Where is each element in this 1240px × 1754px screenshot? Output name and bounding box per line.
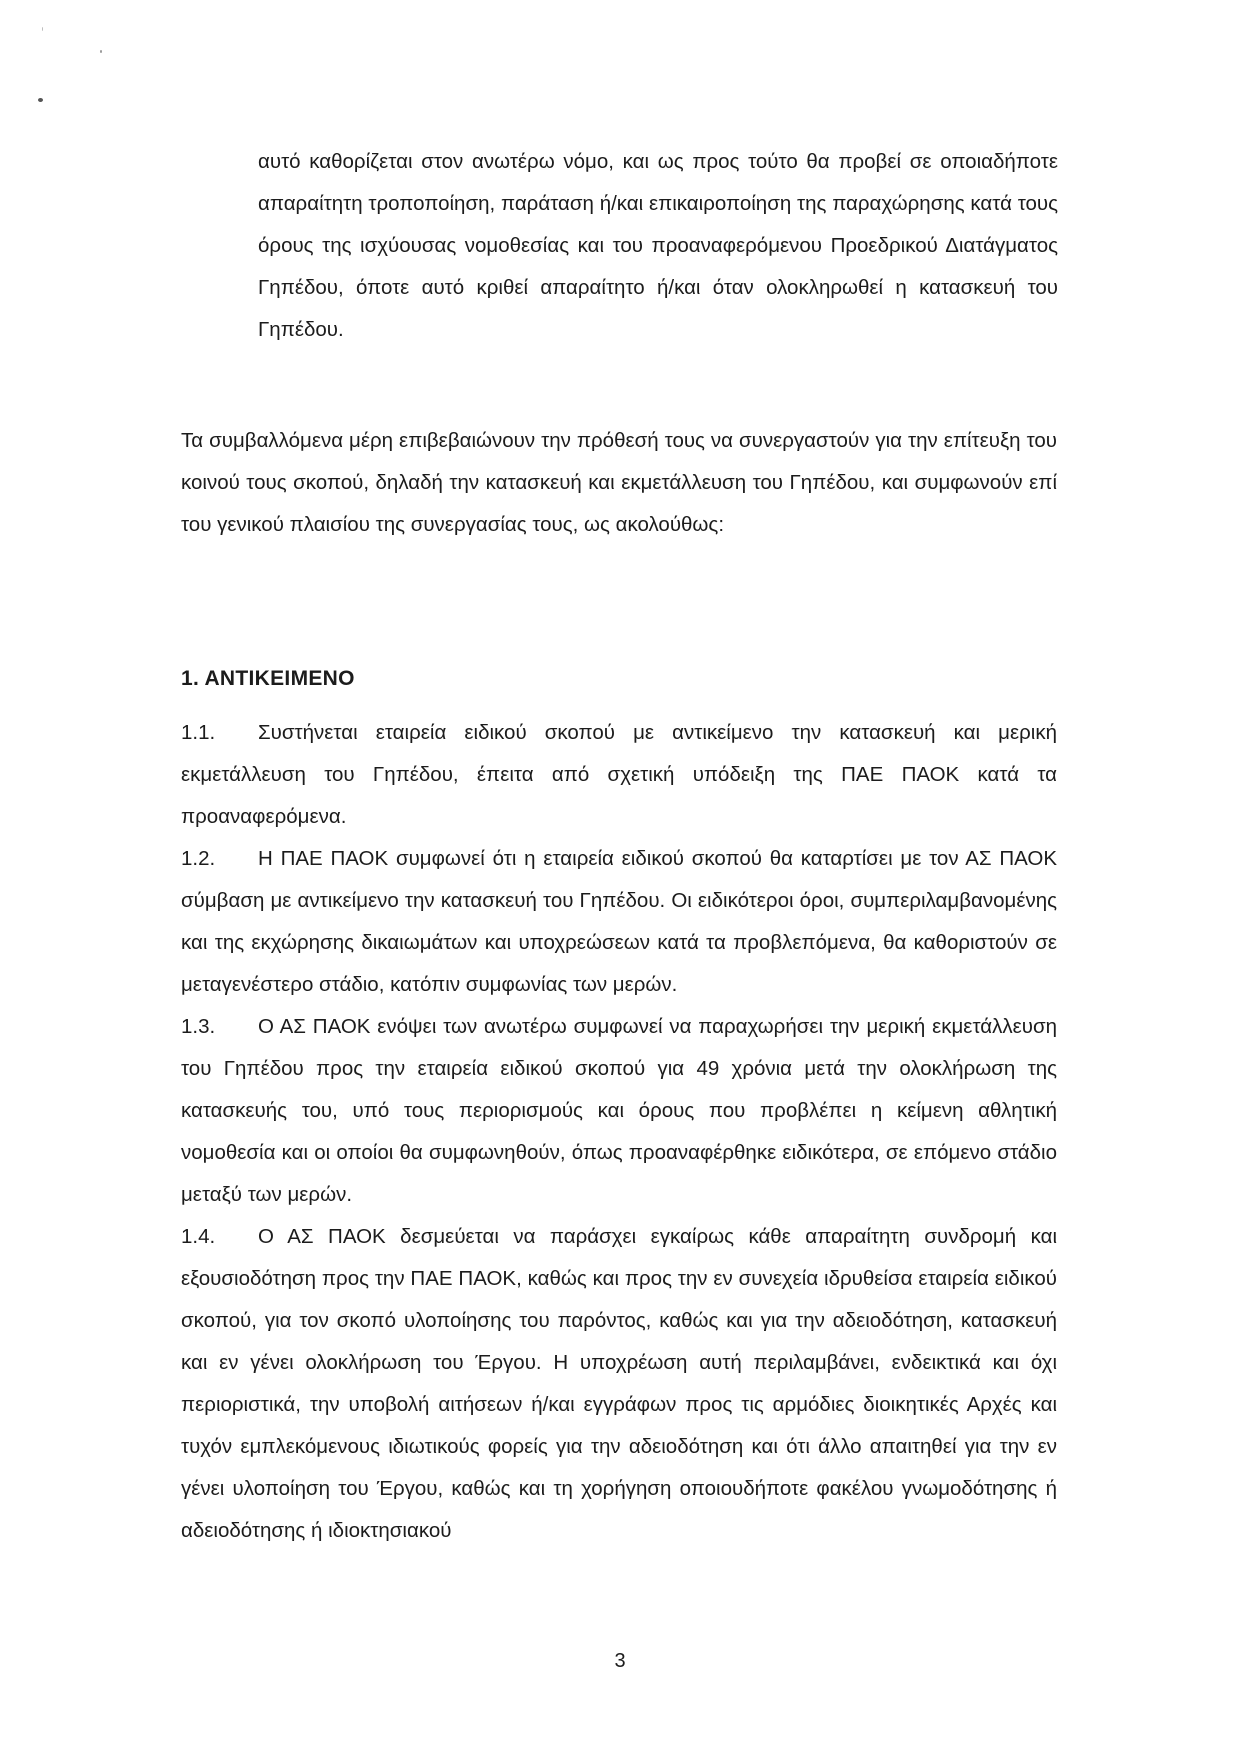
clause-1-1: 1.1.Συστήνεται εταιρεία ειδικού σκοπού μ… — [181, 712, 1057, 838]
clause-text: Η ΠΑΕ ΠΑΟΚ συμφωνεί ότι η εταιρεία ειδικ… — [181, 847, 1057, 996]
clause-number: 1.1. — [181, 712, 258, 754]
clause-1-3: 1.3.Ο ΑΣ ΠΑΟΚ ενόψει των ανωτέρω συμφωνε… — [181, 1006, 1057, 1216]
clause-text: Ο ΑΣ ΠΑΟΚ δεσμεύεται να παράσχει εγκαίρω… — [181, 1225, 1057, 1542]
section-heading: 1. ΑΝΤΙΚΕΙΜΕΝΟ — [181, 667, 355, 691]
clause-text: Ο ΑΣ ΠΑΟΚ ενόψει των ανωτέρω συμφωνεί να… — [181, 1015, 1057, 1206]
clause-1-2: 1.2.Η ΠΑΕ ΠΑΟΚ συμφωνεί ότι η εταιρεία ε… — [181, 838, 1057, 1006]
section-items: 1.1.Συστήνεται εταιρεία ειδικού σκοπού μ… — [181, 712, 1057, 1552]
intro-paragraph: αυτό καθορίζεται στον ανωτέρω νόμο, και … — [258, 141, 1058, 351]
agreement-paragraph-text: Τα συμβαλλόμενα μέρη επιβεβαιώνουν την π… — [181, 420, 1057, 546]
scan-speck — [42, 27, 43, 31]
clause-number: 1.4. — [181, 1216, 258, 1258]
clause-1-4: 1.4.Ο ΑΣ ΠΑΟΚ δεσμεύεται να παράσχει εγκ… — [181, 1216, 1057, 1552]
clause-number: 1.3. — [181, 1006, 258, 1048]
clause-text: Συστήνεται εταιρεία ειδικού σκοπού με αν… — [181, 721, 1057, 828]
agreement-paragraph: Τα συμβαλλόμενα μέρη επιβεβαιώνουν την π… — [181, 420, 1057, 546]
intro-paragraph-text: αυτό καθορίζεται στον ανωτέρω νόμο, και … — [258, 141, 1058, 351]
clause-number: 1.2. — [181, 838, 258, 880]
scan-speck — [100, 50, 102, 53]
page-number: 3 — [0, 1650, 1240, 1673]
scan-speck — [38, 98, 43, 102]
